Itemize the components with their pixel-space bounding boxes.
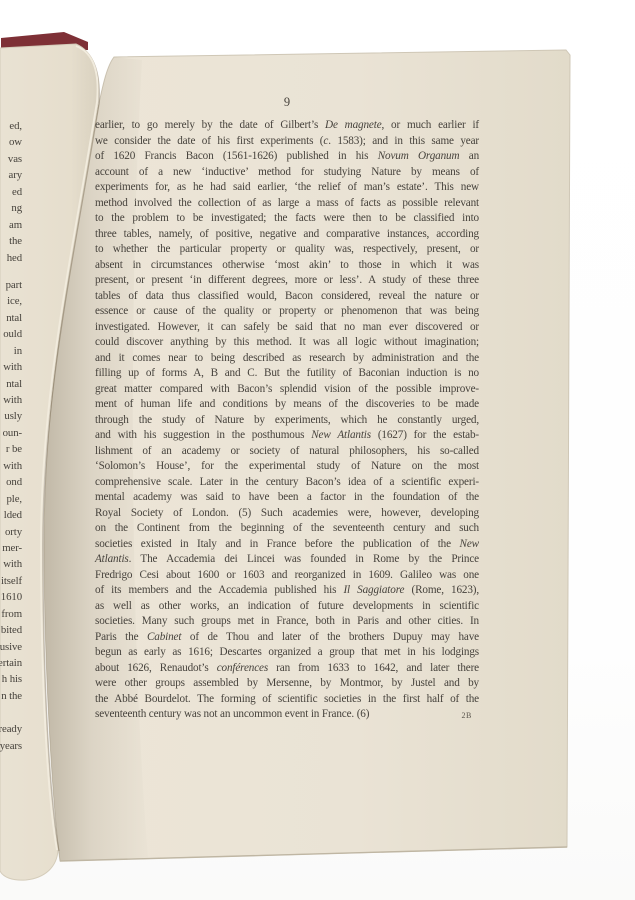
left-page-fragment: usive [0,639,22,655]
text-line: through the study of Nature by experimen… [95,413,479,429]
text-line: ‘Solomon’s House’, for the experimental … [95,459,479,475]
text-line: investigated. However, it can safely be … [95,320,479,336]
text-line: experiments for, as he had said earlier,… [95,180,479,196]
left-page-fragment: ow [0,134,22,150]
left-page-fragment: ertain [0,655,22,671]
text-line: essence or cause of the quality or prope… [95,304,479,320]
left-page-fragment: usly [0,408,22,424]
left-page-fragment: n the [0,688,22,704]
left-page-fragment: the [0,233,22,249]
text-line: of 1620 Francis Bacon (1561-1626) publis… [95,149,479,165]
text-line: three tables, namely, of positive, negat… [95,227,479,243]
left-page-fragment: with [0,359,22,375]
text-line: and it comes near to being described as … [95,351,479,367]
text-line: and with his suggestion in the posthumou… [95,428,479,444]
page-number: 9 [95,95,479,111]
left-page-fragment: with [0,458,22,474]
left-page-fragment: ntal [0,310,22,326]
text-line: filling up of forms A, B and C. But the … [95,366,479,382]
left-page-fragment: am [0,217,22,233]
text-line: method involved the collection of as lar… [95,196,479,212]
text-line: could discover anything by this method. … [95,335,479,351]
text-line: begun as early as 1616; Descartes organi… [95,645,479,661]
text-line: we consider the date of his first experi… [95,134,479,150]
left-page-fragment: part [0,277,22,293]
left-page-fragment: ng [0,200,22,216]
left-page-fragment: ond [0,474,22,490]
left-page-fragment: orty [0,524,22,540]
left-page-fragment: lded [0,507,22,523]
text-line: comprehensive scale. Later in the centur… [95,475,479,491]
left-page-fragment: ed [0,184,22,200]
left-page-text-fragments: ed,owvasaryedngamthehedpartice,ntalouldi… [0,118,22,754]
left-page-fragment: ntal [0,376,22,392]
text-line: Atlantis. The Accademia dei Lincei was f… [95,552,479,568]
left-page-fragment: oun- [0,425,22,441]
left-page-fragment: ple, [0,491,22,507]
text-line: account of a new ‘inductive’ method for … [95,165,479,181]
text-line: as well as other works, an indication of… [95,599,479,615]
left-page-fragment: with [0,392,22,408]
left-page-fragment: from [0,606,22,622]
text-line: to the problem to be investigated; the f… [95,211,479,227]
text-line: lishment of an academy or society of nat… [95,444,479,460]
text-line: on the Continent from the beginning of t… [95,521,479,537]
text-line: great matter compared with Bacon’s splen… [95,382,479,398]
text-line: of its members and the Accademia publish… [95,583,479,599]
signature-mark: 2B [95,711,472,720]
text-line: societies existed in Italy and in France… [95,537,479,553]
left-page-fragment: mer- [0,540,22,556]
text-line: the Abbé Bourdelot. The forming of scien… [95,692,479,708]
page-text-block: earlier, to go merely by the date of Gil… [95,118,479,723]
left-page-fragment: h his [0,671,22,687]
text-line: to whether the particular property or qu… [95,242,479,258]
left-page-fragment: years [0,738,22,754]
left-page-fragment: ould [0,326,22,342]
text-line: about 1626, Renaudot’s conférences ran f… [95,661,479,677]
left-page-fragment: ary [0,167,22,183]
left-page-fragment: r be [0,441,22,457]
text-line: Fredrigo Cesi about 1600 or 1603 and reo… [95,568,479,584]
text-line: absent in circumstances otherwise ‘most … [95,258,479,274]
text-line: present, or present ‘in different degree… [95,273,479,289]
left-page-fragment: bited [0,622,22,638]
left-page-fragment: vas [0,151,22,167]
text-line: were other groups assembled by Mersenne,… [95,676,479,692]
text-line: societies. Many such groups met in Franc… [95,614,479,630]
left-page-fragment: ice, [0,293,22,309]
left-page-fragment: with [0,556,22,572]
text-line: tables of data thus classified would, Ba… [95,289,479,305]
text-line: Paris the Cabinet of de Thou and later o… [95,630,479,646]
left-page-fragment: hed [0,250,22,266]
left-page-fragment: in [0,343,22,359]
text-line: mental academy was said to have been a f… [95,490,479,506]
left-page-fragment: itself [0,573,22,589]
text-line: ment of human life and conditions by mea… [95,397,479,413]
text-line: earlier, to go merely by the date of Gil… [95,118,479,134]
left-page-fragment: 1610 [0,589,22,605]
left-page-fragment: ed, [0,118,22,134]
text-line: Royal Society of London. (5) Such academ… [95,506,479,522]
photo-of-open-book: ed,owvasaryedngamthehedpartice,ntalouldi… [0,0,635,900]
left-page-fragment: ready [0,721,22,737]
